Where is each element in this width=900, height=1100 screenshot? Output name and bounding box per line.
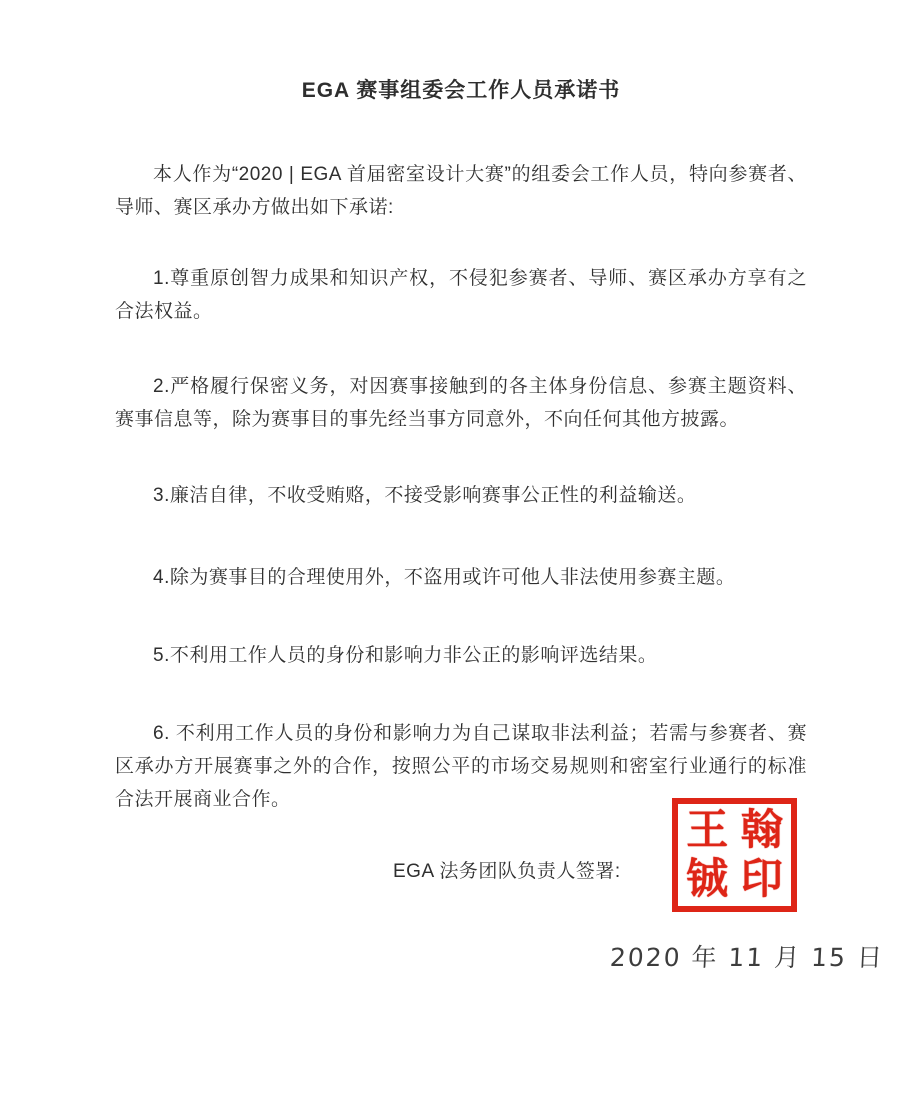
intro-paragraph: 本人作为“2020 | EGA 首届密室设计大赛”的组委会工作人员，特向参赛者、… <box>115 158 807 224</box>
commitment-item-5: 5.不利用工作人员的身份和影响力非公正的影响评选结果。 <box>115 639 807 672</box>
handwritten-date: 2020 年 11 月 15 日 <box>609 938 885 974</box>
document-title: EGA 赛事组委会工作人员承诺书 <box>115 74 807 104</box>
seal-character-bottom-right: 印 <box>741 859 783 901</box>
commitment-item-2: 2.严格履行保密义务，对因赛事接触到的各主体身份信息、参赛主题资料、赛事信息等，… <box>115 370 807 436</box>
red-name-seal: 王 翰 铖 印 <box>672 798 797 912</box>
commitment-item-4: 4.除为赛事目的合理使用外，不盗用或许可他人非法使用参赛主题。 <box>115 561 807 594</box>
seal-character-bottom-left: 铖 <box>686 859 728 901</box>
signature-label: EGA 法务团队负责人签署: <box>393 856 621 883</box>
commitment-item-3: 3.廉洁自律，不收受贿赂，不接受影响赛事公正性的利益输送。 <box>115 479 807 512</box>
commitment-item-1: 1.尊重原创智力成果和知识产权，不侵犯参赛者、导师、赛区承办方享有之合法权益。 <box>115 262 807 328</box>
seal-character-top-right: 翰 <box>741 810 783 852</box>
seal-character-top-left: 王 <box>686 810 728 852</box>
commitment-letter-page: EGA 赛事组委会工作人员承诺书 本人作为“2020 | EGA 首届密室设计大… <box>0 0 900 1100</box>
